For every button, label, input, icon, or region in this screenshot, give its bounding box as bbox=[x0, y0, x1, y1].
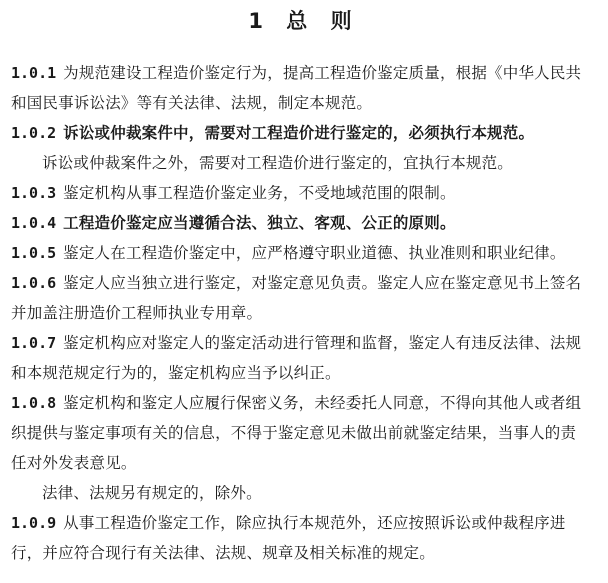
clause-1-0-6-line-2: 并加盖注册造价工程师执业专用章。 bbox=[11, 298, 601, 328]
clause-text: 为规范建设工程造价鉴定行为，提高工程造价鉴定质量，根据《中华人民共 bbox=[63, 64, 581, 82]
clause-bold-text: 诉讼或仲裁案件中，需要对工程造价进行鉴定的，必须执行本规范。 bbox=[63, 124, 534, 142]
clause-text: 织提供与鉴定事项有关的信息，不得于鉴定意见未做出前就鉴定结果，当事人的责 bbox=[11, 424, 576, 442]
clause-1-0-2: 1.0.2诉讼或仲裁案件中，需要对工程造价进行鉴定的，必须执行本规范。 bbox=[11, 118, 601, 148]
clause-text: 鉴定人在工程造价鉴定中，应严格遵守职业道德、执业准则和职业纪律。 bbox=[63, 244, 565, 262]
clause-1-0-8-line-3: 任对外发表意见。 bbox=[11, 448, 601, 478]
clause-text: 鉴定机构从事工程造价鉴定业务，不受地域范围的限制。 bbox=[63, 184, 456, 202]
clause-number: 1.0.5 bbox=[11, 244, 56, 262]
clause-text: 鉴定机构应对鉴定人的鉴定活动进行管理和监督，鉴定人有违反法律、法规 bbox=[63, 334, 581, 352]
clause-number: 1.0.6 bbox=[11, 274, 56, 292]
clause-number: 1.0.7 bbox=[11, 334, 56, 352]
clause-1-0-7-line-2: 和本规范规定行为的，鉴定机构应当予以纠正。 bbox=[11, 358, 601, 388]
clause-text: 行，并应符合现行有关法律、法规、规章及相关标准的规定。 bbox=[11, 544, 435, 562]
clause-text: 鉴定机构和鉴定人应履行保密义务，未经委托人同意，不得向其他人或者组 bbox=[63, 394, 581, 412]
clause-1-0-5: 1.0.5鉴定人在工程造价鉴定中，应严格遵守职业道德、执业准则和职业纪律。 bbox=[11, 238, 601, 268]
clause-1-0-1-line-2: 和国民事诉讼法》等有关法律、法规，制定本规范。 bbox=[11, 88, 601, 118]
clause-1-0-6-line-1: 1.0.6鉴定人应当独立进行鉴定，对鉴定意见负责。鉴定人应在鉴定意见书上签名 bbox=[11, 268, 601, 298]
clause-1-0-4: 1.0.4工程造价鉴定应当遵循合法、独立、客观、公正的原则。 bbox=[11, 208, 601, 238]
clause-note: 法律、法规另有规定的，除外。 bbox=[42, 484, 262, 502]
clause-1-0-9-line-2: 行，并应符合现行有关法律、法规、规章及相关标准的规定。 bbox=[11, 538, 601, 568]
clause-1-0-1-line-1: 1.0.1为规范建设工程造价鉴定行为，提高工程造价鉴定质量，根据《中华人民共 bbox=[11, 58, 601, 88]
clause-1-0-8-line-2: 织提供与鉴定事项有关的信息，不得于鉴定意见未做出前就鉴定结果，当事人的责 bbox=[11, 418, 601, 448]
clause-note: 诉讼或仲裁案件之外，需要对工程造价进行鉴定的，宜执行本规范。 bbox=[42, 154, 513, 172]
clause-number: 1.0.1 bbox=[11, 64, 56, 82]
clause-text: 并加盖注册造价工程师执业专用章。 bbox=[11, 304, 262, 322]
clause-1-0-8-line-1: 1.0.8鉴定机构和鉴定人应履行保密义务，未经委托人同意，不得向其他人或者组 bbox=[11, 388, 601, 418]
clause-text: 鉴定人应当独立进行鉴定，对鉴定意见负责。鉴定人应在鉴定意见书上签名 bbox=[63, 274, 581, 292]
clause-number: 1.0.8 bbox=[11, 394, 56, 412]
clause-1-0-3: 1.0.3鉴定机构从事工程造价鉴定业务，不受地域范围的限制。 bbox=[11, 178, 601, 208]
clause-1-0-7-line-1: 1.0.7鉴定机构应对鉴定人的鉴定活动进行管理和监督，鉴定人有违反法律、法规 bbox=[11, 328, 601, 358]
clause-number: 1.0.2 bbox=[11, 124, 56, 142]
clause-1-0-2-note: 诉讼或仲裁案件之外，需要对工程造价进行鉴定的，宜执行本规范。 bbox=[11, 148, 601, 178]
clause-bold-text: 工程造价鉴定应当遵循合法、独立、客观、公正的原则。 bbox=[63, 214, 456, 232]
clause-text: 和本规范规定行为的，鉴定机构应当予以纠正。 bbox=[11, 364, 341, 382]
clause-1-0-9-line-1: 1.0.9从事工程造价鉴定工作，除应执行本规范外，还应按照诉讼或仲裁程序进 bbox=[11, 508, 601, 538]
clause-list: 1.0.1为规范建设工程造价鉴定行为，提高工程造价鉴定质量，根据《中华人民共 和… bbox=[11, 58, 601, 568]
chapter-title: 1 总 则 bbox=[0, 6, 608, 36]
clause-text: 和国民事诉讼法》等有关法律、法规，制定本规范。 bbox=[11, 94, 372, 112]
clause-number: 1.0.3 bbox=[11, 184, 56, 202]
clause-text: 任对外发表意见。 bbox=[11, 454, 137, 472]
clause-number: 1.0.4 bbox=[11, 214, 56, 232]
clause-1-0-8-note: 法律、法规另有规定的，除外。 bbox=[11, 478, 601, 508]
clause-text: 从事工程造价鉴定工作，除应执行本规范外，还应按照诉讼或仲裁程序进 bbox=[63, 514, 565, 532]
clause-number: 1.0.9 bbox=[11, 514, 56, 532]
